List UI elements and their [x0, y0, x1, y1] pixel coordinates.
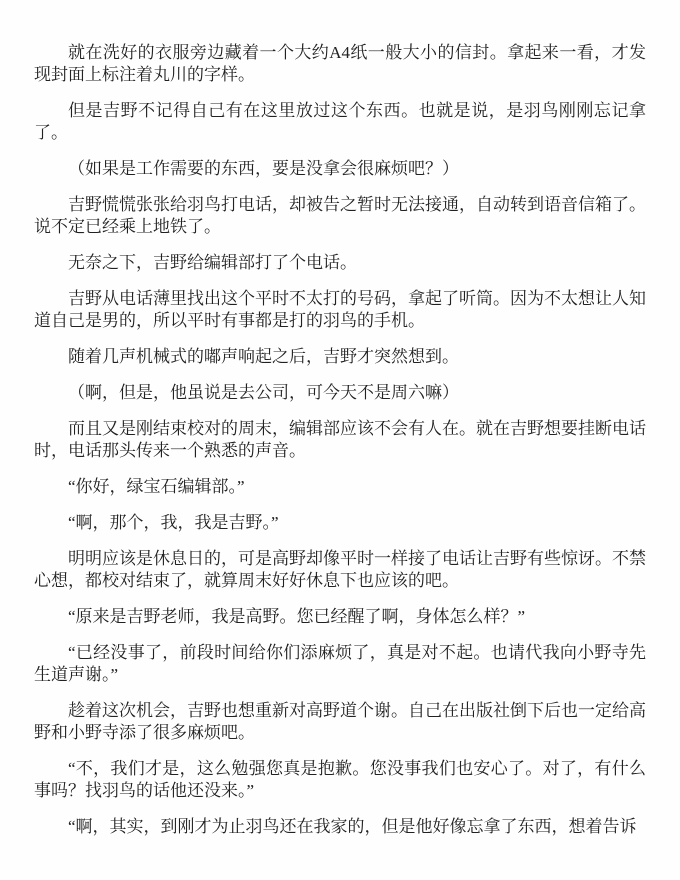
paragraph: “你好，绿宝石编辑部。”	[34, 476, 646, 498]
paragraph: 无奈之下，吉野给编辑部打了个电话。	[34, 252, 646, 274]
paragraph: （啊，但是，他虽说是去公司，可今天不是周六嘛）	[34, 382, 646, 404]
paragraph: 随着几声机械式的嘟声响起之后，吉野才突然想到。	[34, 346, 646, 368]
paragraph: “不，我们才是，这么勉强您真是抱歉。您没事我们也安心了。对了，有什么事吗？找羽鸟…	[34, 758, 646, 802]
paragraph: 但是吉野不记得自己有在这里放过这个东西。也就是说，是羽鸟刚刚忘记拿了。	[34, 100, 646, 144]
paragraph: 吉野慌慌张张给羽鸟打电话，却被告之暂时无法接通，自动转到语音信箱了。说不定已经乘…	[34, 194, 646, 238]
paragraph: “原来是吉野老师，我是高野。您已经醒了啊，身体怎么样？”	[34, 606, 646, 628]
document-page: 就在洗好的衣服旁边藏着一个大约A4纸一般大小的信封。拿起来一看，才发现封面上标注…	[0, 0, 680, 880]
paragraph: （如果是工作需要的东西，要是没拿会很麻烦吧？）	[34, 158, 646, 180]
paragraph: “啊，那个，我，我是吉野。”	[34, 512, 646, 534]
paragraph: 明明应该是休息日的，可是高野却像平时一样接了电话让吉野有些惊讶。不禁心想，都校对…	[34, 548, 646, 592]
paragraph: 而且又是刚结束校对的周末，编辑部应该不会有人在。就在吉野想要挂断电话时，电话那头…	[34, 418, 646, 462]
paragraph: “已经没事了，前段时间给你们添麻烦了，真是对不起。也请代我向小野寺先生道声谢。”	[34, 642, 646, 686]
paragraph: 就在洗好的衣服旁边藏着一个大约A4纸一般大小的信封。拿起来一看，才发现封面上标注…	[34, 42, 646, 86]
paragraph: 吉野从电话薄里找出这个平时不太打的号码，拿起了听筒。因为不太想让人知道自己是男的…	[34, 288, 646, 332]
paragraph: “啊，其实，到刚才为止羽鸟还在我家的，但是他好像忘拿了东西，想着告诉	[34, 816, 646, 838]
paragraph: 趁着这次机会，吉野也想重新对高野道个谢。自己在出版社倒下后也一定给高野和小野寺添…	[34, 700, 646, 744]
